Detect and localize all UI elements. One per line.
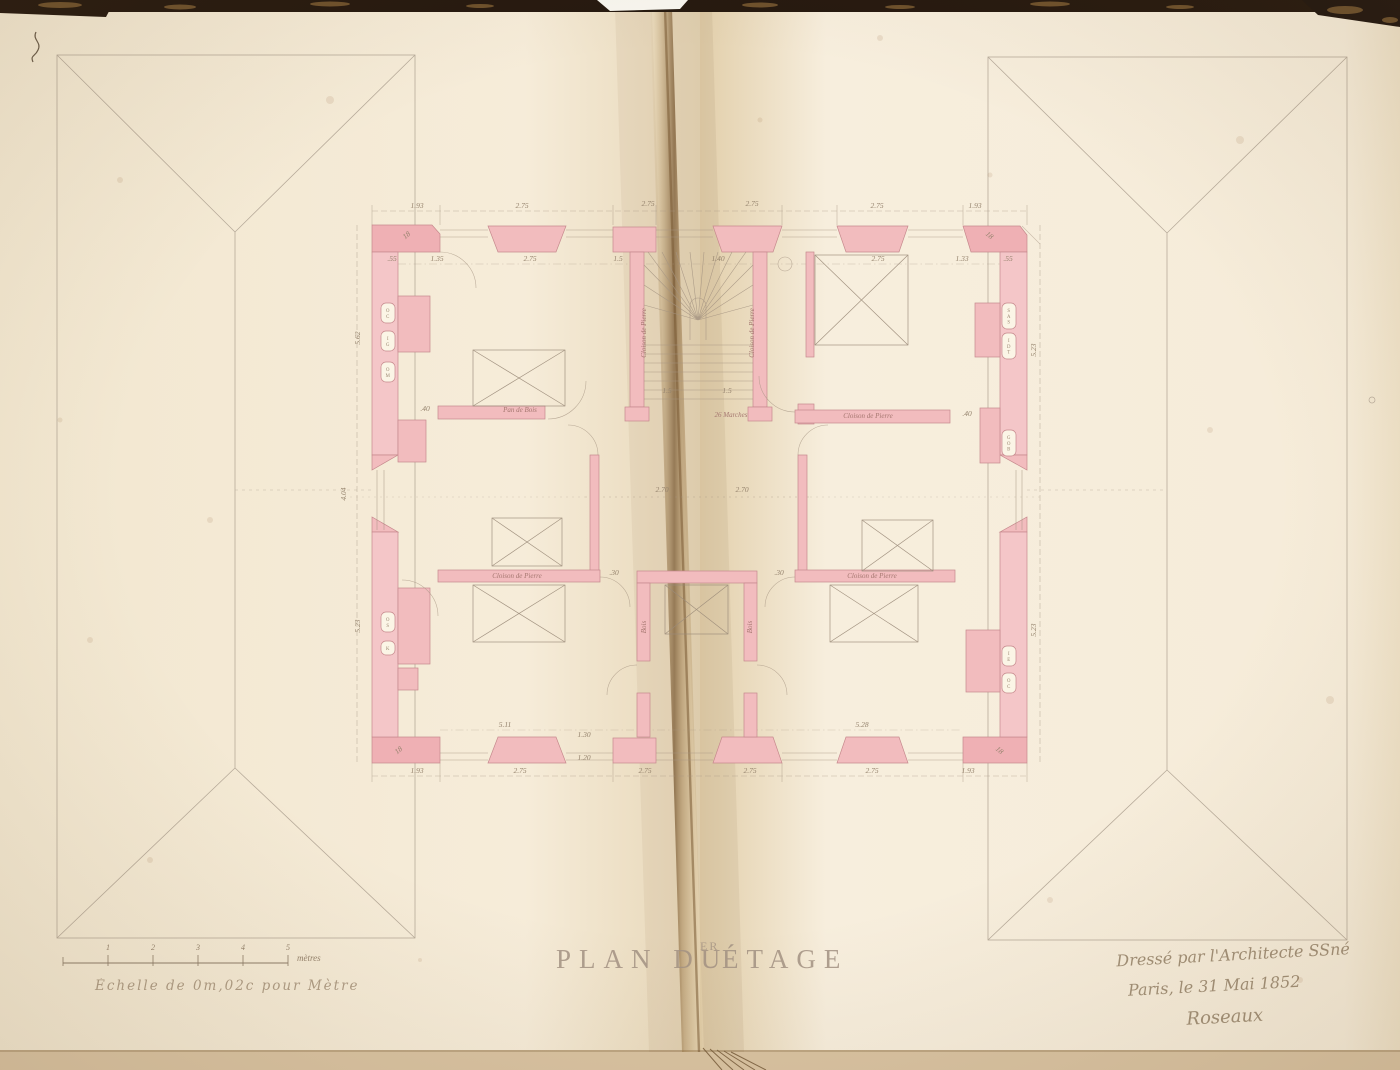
book-spread: OCIGOMOSKSASIDTGOBIEOC Pan de BoisCloiso…	[0, 0, 1400, 1070]
scanned-drawing: OCIGOMOSKSASIDTGOBIEOC Pan de BoisCloiso…	[0, 0, 1400, 1070]
vignette	[0, 0, 1400, 1070]
